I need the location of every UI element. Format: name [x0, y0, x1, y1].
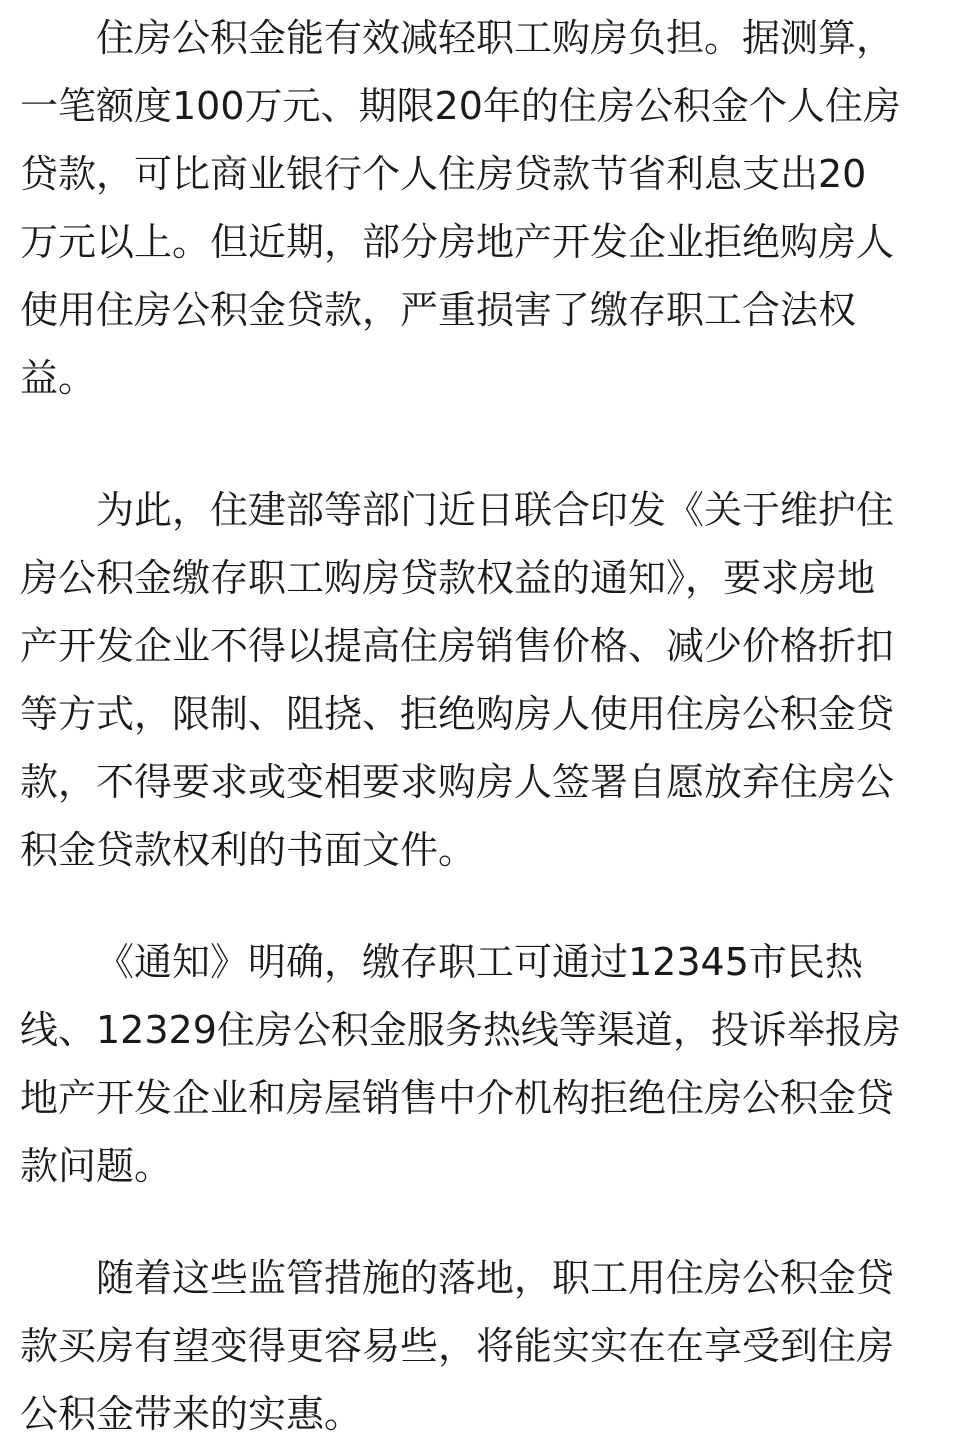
- text-line: 等方式，限制、阻挠、拒绝购房人使用住房公积金贷: [20, 680, 894, 748]
- text-line: 积金贷款权利的书面文件。: [20, 816, 894, 884]
- text-line: 益。: [20, 344, 901, 412]
- paragraph-1: 住房公积金能有效减轻职工购房负担。据测算， 一笔额度100万元、期限20年的住房…: [20, 4, 901, 412]
- text-line: 住房公积金能有效减轻职工购房负担。据测算，: [20, 4, 901, 72]
- text-line: 线、12329住房公积金服务热线等渠道，投诉举报房: [20, 996, 901, 1064]
- text-line: 为此，住建部等部门近日联合印发《关于维护住: [20, 476, 894, 544]
- text-line: 产开发企业不得以提高住房销售价格、减少价格折扣: [20, 612, 894, 680]
- text-line: 使用住房公积金贷款，严重损害了缴存职工合法权: [20, 276, 901, 344]
- paragraph-3: 《通知》明确，缴存职工可通过12345市民热 线、12329住房公积金服务热线等…: [20, 928, 901, 1200]
- paragraph-4: 随着这些监管措施的落地，职工用住房公积金贷 款买房有望变得更容易些，将能实实在在…: [20, 1244, 894, 1448]
- text-line: 款问题。: [20, 1132, 901, 1200]
- text-line: 万元以上。但近期，部分房地产开发企业拒绝购房人: [20, 208, 901, 276]
- paragraph-2: 为此，住建部等部门近日联合印发《关于维护住 房公积金缴存职工购房贷款权益的通知》…: [20, 476, 894, 884]
- text-line: 公积金带来的实惠。: [20, 1380, 894, 1448]
- text-line: 款，不得要求或变相要求购房人签署自愿放弃住房公: [20, 748, 894, 816]
- text-line: 地产开发企业和房屋销售中介机构拒绝住房公积金贷: [20, 1064, 901, 1132]
- text-line: 贷款，可比商业银行个人住房贷款节省利息支出20: [20, 140, 901, 208]
- text-line: 随着这些监管措施的落地，职工用住房公积金贷: [20, 1244, 894, 1312]
- text-line: 一笔额度100万元、期限20年的住房公积金个人住房: [20, 72, 901, 140]
- text-line: 房公积金缴存职工购房贷款权益的通知》，要求房地: [20, 544, 894, 612]
- text-line: 款买房有望变得更容易些，将能实实在在享受到住房: [20, 1312, 894, 1380]
- text-line: 《通知》明确，缴存职工可通过12345市民热: [20, 928, 901, 996]
